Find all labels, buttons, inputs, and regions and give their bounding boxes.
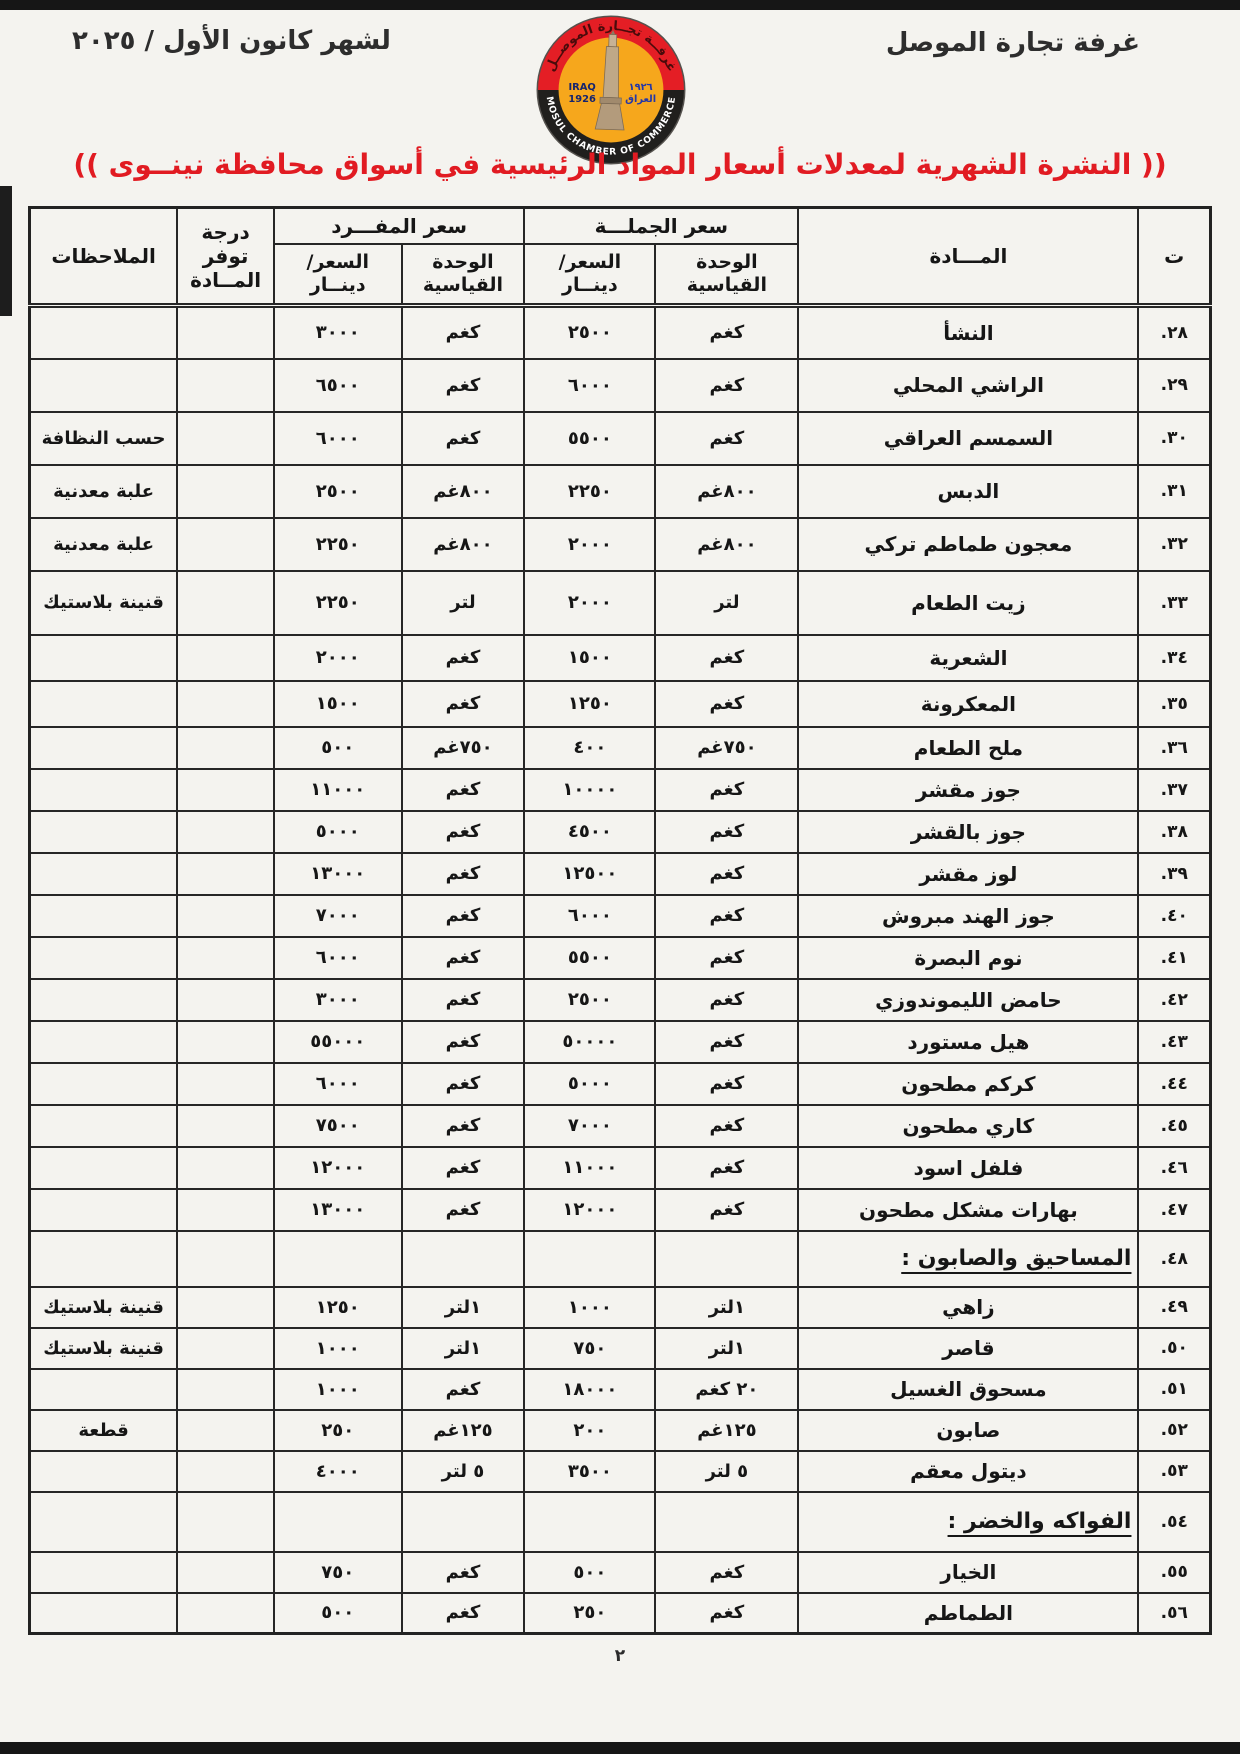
retail-unit-cell: كغم xyxy=(402,359,525,412)
availability-cell xyxy=(177,359,274,412)
wholesale-unit-cell: ١٢٥غم xyxy=(655,1410,798,1451)
availability-cell xyxy=(177,1147,274,1189)
availability-cell xyxy=(177,306,274,359)
retail-unit-cell xyxy=(402,1231,525,1287)
wholesale-unit-cell: كغم xyxy=(655,979,798,1021)
table-row: ٣١. الدبس ٨٠٠غم ٢٢٥٠ ٨٠٠غم ٢٥٠٠ علبة معد… xyxy=(30,465,1211,518)
table-row: ٣٠. السمسم العراقي كغم ٥٥٠٠ كغم ٦٠٠٠ حسب… xyxy=(30,412,1211,465)
retail-price-cell: ٧٥٠ xyxy=(274,1552,402,1593)
retail-price-cell: ٢٢٥٠ xyxy=(274,518,402,571)
col-header-serial: ت xyxy=(1138,208,1210,306)
table-row: ٥٦. الطماطم كغم ٢٥٠ كغم ٥٠٠ xyxy=(30,1593,1211,1634)
serial-cell: ٥٥. xyxy=(1138,1552,1210,1593)
table-row: ٢٩. الراشي المحلي كغم ٦٠٠٠ كغم ٦٥٠٠ xyxy=(30,359,1211,412)
table-row: ٣٨. جوز بالقشر كغم ٤٥٠٠ كغم ٥٠٠٠ xyxy=(30,811,1211,853)
notes-cell xyxy=(30,1021,178,1063)
material-cell: كاري مطحون xyxy=(798,1105,1138,1147)
retail-price-cell: ١١٠٠٠ xyxy=(274,769,402,811)
notes-cell: علبة معدنية xyxy=(30,518,178,571)
retail-unit-cell xyxy=(402,1492,525,1552)
wholesale-unit-cell: ٥ لتر xyxy=(655,1451,798,1492)
col-header-retail-unit: الوحدة القياسية xyxy=(402,244,525,306)
wholesale-unit-cell: كغم xyxy=(655,853,798,895)
retail-price-cell: ٣٠٠٠ xyxy=(274,306,402,359)
availability-cell xyxy=(177,1552,274,1593)
notes-cell xyxy=(30,1189,178,1231)
wholesale-unit-cell: ٨٠٠غم xyxy=(655,518,798,571)
material-cell: زيت الطعام xyxy=(798,571,1138,635)
wholesale-price-header-line1: السعر/ xyxy=(559,251,621,273)
table-row: ٤٩. زاهي ١لتر ١٠٠٠ ١لتر ١٢٥٠ قنينة بلاست… xyxy=(30,1287,1211,1328)
logo-iraq-arabic-label: العراق xyxy=(625,94,656,105)
material-cell: هيل مستورد xyxy=(798,1021,1138,1063)
retail-unit-cell: كغم xyxy=(402,1552,525,1593)
serial-cell: ٥٢. xyxy=(1138,1410,1210,1451)
serial-cell: ٣٣. xyxy=(1138,571,1210,635)
table-row: ٤٨. المساحيق والصابون : xyxy=(30,1231,1211,1287)
availability-cell xyxy=(177,412,274,465)
serial-cell: ٤٩. xyxy=(1138,1287,1210,1328)
wholesale-unit-cell: كغم xyxy=(655,895,798,937)
bulletin-title: (( النشرة الشهرية لمعدلات أسعار المواد ا… xyxy=(0,148,1240,181)
table-row: ٤٢. حامض الليموندوزي كغم ٢٥٠٠ كغم ٣٠٠٠ xyxy=(30,979,1211,1021)
table-row: ٥١. مسحوق الغسيل ٢٠ كغم ١٨٠٠٠ كغم ١٠٠٠ xyxy=(30,1369,1211,1410)
wholesale-unit-cell: كغم xyxy=(655,412,798,465)
wholesale-price-cell: ٧٥٠ xyxy=(524,1328,655,1369)
availability-cell xyxy=(177,1231,274,1287)
wholesale-unit-cell: كغم xyxy=(655,1063,798,1105)
table-row: ٣٧. جوز مقشر كغم ١٠٠٠٠ كغم ١١٠٠٠ xyxy=(30,769,1211,811)
col-header-wholesale-price: السعر/ دينــار xyxy=(524,244,655,306)
notes-cell xyxy=(30,727,178,769)
serial-cell: ٣١. xyxy=(1138,465,1210,518)
wholesale-price-cell: ١٢٠٠٠ xyxy=(524,1189,655,1231)
wholesale-unit-cell: لتر xyxy=(655,571,798,635)
wholesale-price-cell: ٧٠٠٠ xyxy=(524,1105,655,1147)
wholesale-price-cell: ٣٥٠٠ xyxy=(524,1451,655,1492)
wholesale-price-cell: ٢٥٠٠ xyxy=(524,306,655,359)
wholesale-price-cell: ١٥٠٠ xyxy=(524,635,655,681)
table-row: ٣٢. معجون طماطم تركي ٨٠٠غم ٢٠٠٠ ٨٠٠غم ٢٢… xyxy=(30,518,1211,571)
material-cell: مسحوق الغسيل xyxy=(798,1369,1138,1410)
availability-cell xyxy=(177,1328,274,1369)
table-row: ٥٢. صابون ١٢٥غم ٢٠٠ ١٢٥غم ٢٥٠ قطعة xyxy=(30,1410,1211,1451)
material-cell: ديتول معقم xyxy=(798,1451,1138,1492)
wholesale-price-cell: ٥٠٠٠ xyxy=(524,1063,655,1105)
serial-cell: ٤٥. xyxy=(1138,1105,1210,1147)
material-cell: السمسم العراقي xyxy=(798,412,1138,465)
retail-price-cell xyxy=(274,1231,402,1287)
retail-price-cell: ٥٠٠ xyxy=(274,727,402,769)
notes-cell xyxy=(30,1552,178,1593)
retail-unit-header-line1: الوحدة xyxy=(432,251,493,273)
retail-price-cell: ٧٠٠٠ xyxy=(274,895,402,937)
wholesale-unit-cell: كغم xyxy=(655,635,798,681)
retail-unit-cell: كغم xyxy=(402,895,525,937)
material-cell: المعكرونة xyxy=(798,681,1138,727)
wholesale-price-cell: ٦٠٠٠ xyxy=(524,359,655,412)
serial-cell: ٢٩. xyxy=(1138,359,1210,412)
table-row: ٤٥. كاري مطحون كغم ٧٠٠٠ كغم ٧٥٠٠ xyxy=(30,1105,1211,1147)
notes-cell xyxy=(30,681,178,727)
wholesale-unit-cell: كغم xyxy=(655,1021,798,1063)
serial-cell: ٥٣. xyxy=(1138,1451,1210,1492)
serial-cell: ٣٧. xyxy=(1138,769,1210,811)
price-table-header: ت المـــادة سعر الجملـــة سعر المفـــرد … xyxy=(30,208,1211,306)
notes-cell xyxy=(30,895,178,937)
table-row: ٥٠. قاصر ١لتر ٧٥٠ ١لتر ١٠٠٠ قنينة بلاستي… xyxy=(30,1328,1211,1369)
availability-cell xyxy=(177,1593,274,1634)
retail-price-cell: ٦٥٠٠ xyxy=(274,359,402,412)
availability-cell xyxy=(177,1021,274,1063)
wholesale-unit-cell xyxy=(655,1492,798,1552)
retail-price-cell: ١٢٠٠٠ xyxy=(274,1147,402,1189)
serial-cell: ٤٧. xyxy=(1138,1189,1210,1231)
wholesale-unit-cell: كغم xyxy=(655,811,798,853)
serial-cell: ٤٠. xyxy=(1138,895,1210,937)
retail-unit-cell: كغم xyxy=(402,937,525,979)
scan-artifact-left-mark xyxy=(0,186,12,316)
notes-cell xyxy=(30,853,178,895)
notes-cell xyxy=(30,1451,178,1492)
retail-unit-cell: لتر xyxy=(402,571,525,635)
material-cell: الشعرية xyxy=(798,635,1138,681)
retail-price-cell: ١٠٠٠ xyxy=(274,1369,402,1410)
serial-cell: ٣٤. xyxy=(1138,635,1210,681)
notes-cell xyxy=(30,1369,178,1410)
wholesale-price-cell: ٢٥٠ xyxy=(524,1593,655,1634)
availability-header-line3: المــادة xyxy=(190,268,261,292)
retail-unit-cell: كغم xyxy=(402,681,525,727)
wholesale-unit-cell: كغم xyxy=(655,937,798,979)
availability-cell xyxy=(177,979,274,1021)
retail-price-cell: ١٥٠٠ xyxy=(274,681,402,727)
serial-cell: ٥١. xyxy=(1138,1369,1210,1410)
notes-cell: قنينة بلاستيك xyxy=(30,1328,178,1369)
retail-unit-cell: ٥ لتر xyxy=(402,1451,525,1492)
availability-cell xyxy=(177,571,274,635)
availability-cell xyxy=(177,895,274,937)
retail-unit-cell: كغم xyxy=(402,1063,525,1105)
retail-price-cell: ١٢٥٠ xyxy=(274,1287,402,1328)
table-row: ٣٤. الشعرية كغم ١٥٠٠ كغم ٢٠٠٠ xyxy=(30,635,1211,681)
logo-1926-label: 1926 xyxy=(568,94,596,105)
wholesale-unit-cell: ٨٠٠غم xyxy=(655,465,798,518)
table-row: ٥٤. الفواكه والخضر : xyxy=(30,1492,1211,1552)
wholesale-unit-cell: كغم xyxy=(655,306,798,359)
availability-cell xyxy=(177,1063,274,1105)
chamber-logo: غرفــة تجــارة الموصــل MOSUL CHAMBER OF… xyxy=(534,14,688,166)
notes-cell xyxy=(30,769,178,811)
col-header-retail-price: السعر/ دينــار xyxy=(274,244,402,306)
retail-unit-cell: ١لتر xyxy=(402,1287,525,1328)
serial-cell: ٣٨. xyxy=(1138,811,1210,853)
retail-price-cell: ٢٥٠٠ xyxy=(274,465,402,518)
material-cell: الراشي المحلي xyxy=(798,359,1138,412)
notes-cell: علبة معدنية xyxy=(30,465,178,518)
material-cell: حامض الليموندوزي xyxy=(798,979,1138,1021)
notes-cell: قنينة بلاستيك xyxy=(30,571,178,635)
availability-cell xyxy=(177,1451,274,1492)
retail-unit-cell: كغم xyxy=(402,1147,525,1189)
price-table-body: ٢٨. النشأ كغم ٢٥٠٠ كغم ٣٠٠٠ ٢٩. الراشي ا… xyxy=(30,306,1211,1634)
availability-cell xyxy=(177,635,274,681)
availability-cell xyxy=(177,937,274,979)
serial-cell: ٤٦. xyxy=(1138,1147,1210,1189)
notes-cell xyxy=(30,635,178,681)
material-cell: النشأ xyxy=(798,306,1138,359)
wholesale-price-cell: ١٠٠٠ xyxy=(524,1287,655,1328)
material-cell: المساحيق والصابون : xyxy=(798,1231,1138,1287)
wholesale-price-cell xyxy=(524,1492,655,1552)
material-cell: فلفل اسود xyxy=(798,1147,1138,1189)
material-cell: لوز مقشر xyxy=(798,853,1138,895)
retail-unit-cell: كغم xyxy=(402,811,525,853)
wholesale-price-cell: ٢٠٠٠ xyxy=(524,571,655,635)
retail-price-cell: ٢٠٠٠ xyxy=(274,635,402,681)
notes-cell: قطعة xyxy=(30,1410,178,1451)
col-header-notes: الملاحظات xyxy=(30,208,178,306)
organization-name: غرفة تجارة الموصل xyxy=(886,28,1140,58)
material-cell: قاصر xyxy=(798,1328,1138,1369)
wholesale-unit-cell: كغم xyxy=(655,1105,798,1147)
retail-price-cell: ٢٥٠ xyxy=(274,1410,402,1451)
table-row: ٥٣. ديتول معقم ٥ لتر ٣٥٠٠ ٥ لتر ٤٠٠٠ xyxy=(30,1451,1211,1492)
wholesale-price-header-line2: دينــار xyxy=(562,274,618,296)
retail-unit-cell: ١٢٥غم xyxy=(402,1410,525,1451)
retail-unit-cell: كغم xyxy=(402,1189,525,1231)
retail-price-cell: ١٣٠٠٠ xyxy=(274,853,402,895)
availability-cell xyxy=(177,1189,274,1231)
table-row: ٥٥. الخيار كغم ٥٠٠ كغم ٧٥٠ xyxy=(30,1552,1211,1593)
material-cell: الدبس xyxy=(798,465,1138,518)
wholesale-unit-cell: ١لتر xyxy=(655,1328,798,1369)
retail-unit-cell: كغم xyxy=(402,1021,525,1063)
retail-price-cell: ٦٠٠٠ xyxy=(274,937,402,979)
retail-price-header-line2: دينــار xyxy=(310,274,366,296)
material-cell: نوم البصرة xyxy=(798,937,1138,979)
availability-cell xyxy=(177,727,274,769)
availability-cell xyxy=(177,769,274,811)
retail-unit-cell: كغم xyxy=(402,412,525,465)
availability-cell xyxy=(177,1492,274,1552)
retail-price-cell: ٧٥٠٠ xyxy=(274,1105,402,1147)
wholesale-price-cell: ٢٠٠ xyxy=(524,1410,655,1451)
wholesale-price-cell: ٥٠٠٠٠ xyxy=(524,1021,655,1063)
notes-cell xyxy=(30,1147,178,1189)
retail-price-cell: ١٠٠٠ xyxy=(274,1328,402,1369)
table-row: ٤٦. فلفل اسود كغم ١١٠٠٠ كغم ١٢٠٠٠ xyxy=(30,1147,1211,1189)
table-row: ٢٨. النشأ كغم ٢٥٠٠ كغم ٣٠٠٠ xyxy=(30,306,1211,359)
wholesale-unit-cell: كغم xyxy=(655,681,798,727)
material-cell: معجون طماطم تركي xyxy=(798,518,1138,571)
availability-cell xyxy=(177,1410,274,1451)
wholesale-price-cell xyxy=(524,1231,655,1287)
bulletin-month-label: لشهر كانون الأول / ٢٠٢٥ xyxy=(72,26,391,56)
serial-cell: ٤٢. xyxy=(1138,979,1210,1021)
material-cell: بهارات مشكل مطحون xyxy=(798,1189,1138,1231)
table-row: ٣٣. زيت الطعام لتر ٢٠٠٠ لتر ٢٢٥٠ قنينة ب… xyxy=(30,571,1211,635)
col-header-wholesale-group: سعر الجملـــة xyxy=(524,208,798,245)
retail-price-cell: ٦٠٠٠ xyxy=(274,412,402,465)
retail-unit-cell: كغم xyxy=(402,853,525,895)
wholesale-unit-cell: ٢٠ كغم xyxy=(655,1369,798,1410)
wholesale-price-cell: ٢٠٠٠ xyxy=(524,518,655,571)
wholesale-unit-cell: كغم xyxy=(655,769,798,811)
material-cell: جوز الهند مبروش xyxy=(798,895,1138,937)
serial-cell: ٥٠. xyxy=(1138,1328,1210,1369)
notes-cell xyxy=(30,811,178,853)
col-header-material: المـــادة xyxy=(798,208,1138,306)
wholesale-price-cell: ٥٥٠٠ xyxy=(524,412,655,465)
retail-unit-cell: ٧٥٠غم xyxy=(402,727,525,769)
serial-cell: ٣٩. xyxy=(1138,853,1210,895)
serial-cell: ٢٨. xyxy=(1138,306,1210,359)
wholesale-unit-cell: كغم xyxy=(655,359,798,412)
wholesale-price-cell: ٢٢٥٠ xyxy=(524,465,655,518)
table-row: ٣٦. ملح الطعام ٧٥٠غم ٤٠٠ ٧٥٠غم ٥٠٠ xyxy=(30,727,1211,769)
notes-cell xyxy=(30,1492,178,1552)
wholesale-unit-cell xyxy=(655,1231,798,1287)
serial-cell: ٤١. xyxy=(1138,937,1210,979)
wholesale-price-cell: ١٨٠٠٠ xyxy=(524,1369,655,1410)
table-row: ٤١. نوم البصرة كغم ٥٥٠٠ كغم ٦٠٠٠ xyxy=(30,937,1211,979)
page-number: ٢ xyxy=(0,1646,1240,1666)
col-header-retail-group: سعر المفـــرد xyxy=(274,208,524,245)
chamber-logo-badge: غرفــة تجــارة الموصــل MOSUL CHAMBER OF… xyxy=(534,14,688,166)
retail-price-cell: ٦٠٠٠ xyxy=(274,1063,402,1105)
availability-cell xyxy=(177,853,274,895)
retail-unit-cell: كغم xyxy=(402,1105,525,1147)
retail-unit-cell: ٨٠٠غم xyxy=(402,465,525,518)
notes-cell xyxy=(30,979,178,1021)
notes-cell xyxy=(30,1063,178,1105)
scan-artifact-top-bar xyxy=(0,0,1240,10)
wholesale-price-cell: ٤٠٠ xyxy=(524,727,655,769)
serial-cell: ٣٦. xyxy=(1138,727,1210,769)
serial-cell: ٥٤. xyxy=(1138,1492,1210,1552)
availability-cell xyxy=(177,811,274,853)
material-cell: جوز مقشر xyxy=(798,769,1138,811)
wholesale-price-cell: ٦٠٠٠ xyxy=(524,895,655,937)
logo-iraq-label: IRAQ xyxy=(568,82,595,93)
wholesale-price-cell: ١١٠٠٠ xyxy=(524,1147,655,1189)
wholesale-price-cell: ٢٥٠٠ xyxy=(524,979,655,1021)
serial-cell: ٤٣. xyxy=(1138,1021,1210,1063)
scan-artifact-bottom-bar xyxy=(0,1742,1240,1754)
table-row: ٣٩. لوز مقشر كغم ١٢٥٠٠ كغم ١٣٠٠٠ xyxy=(30,853,1211,895)
serial-cell: ٤٨. xyxy=(1138,1231,1210,1287)
retail-price-cell: ٢٢٥٠ xyxy=(274,571,402,635)
material-cell: جوز بالقشر xyxy=(798,811,1138,853)
availability-header-line2: توفر xyxy=(203,244,249,268)
table-row: ٤٧. بهارات مشكل مطحون كغم ١٢٠٠٠ كغم ١٣٠٠… xyxy=(30,1189,1211,1231)
retail-price-header-line1: السعر/ xyxy=(307,251,369,273)
retail-price-cell: ٣٠٠٠ xyxy=(274,979,402,1021)
retail-price-cell: ٥٥٠٠٠ xyxy=(274,1021,402,1063)
retail-unit-cell: كغم xyxy=(402,1369,525,1410)
col-header-wholesale-unit: الوحدة القياسية xyxy=(655,244,798,306)
availability-cell xyxy=(177,1105,274,1147)
serial-cell: ٥٦. xyxy=(1138,1593,1210,1634)
retail-price-cell: ١٣٠٠٠ xyxy=(274,1189,402,1231)
wholesale-price-cell: ١٢٥٠٠ xyxy=(524,853,655,895)
retail-price-cell: ٤٠٠٠ xyxy=(274,1451,402,1492)
retail-unit-cell: كغم xyxy=(402,306,525,359)
availability-cell xyxy=(177,1287,274,1328)
table-row: ٤٤. كركم مطحون كغم ٥٠٠٠ كغم ٦٠٠٠ xyxy=(30,1063,1211,1105)
retail-unit-cell: كغم xyxy=(402,1593,525,1634)
notes-cell xyxy=(30,1231,178,1287)
col-header-availability: درجة توفر المــادة xyxy=(177,208,274,306)
retail-unit-cell: ١لتر xyxy=(402,1328,525,1369)
serial-cell: ٣٢. xyxy=(1138,518,1210,571)
wholesale-unit-cell: ٧٥٠غم xyxy=(655,727,798,769)
serial-cell: ٣٠. xyxy=(1138,412,1210,465)
serial-cell: ٣٥. xyxy=(1138,681,1210,727)
notes-cell xyxy=(30,937,178,979)
notes-cell xyxy=(30,1593,178,1634)
notes-cell: حسب النظافة xyxy=(30,412,178,465)
notes-cell: قنينة بلاستيك xyxy=(30,1287,178,1328)
availability-cell xyxy=(177,681,274,727)
material-cell: الفواكه والخضر : xyxy=(798,1492,1138,1552)
retail-unit-cell: كغم xyxy=(402,635,525,681)
retail-unit-cell: كغم xyxy=(402,979,525,1021)
availability-header-line1: درجة xyxy=(201,220,249,244)
table-row: ٣٥. المعكرونة كغم ١٢٥٠ كغم ١٥٠٠ xyxy=(30,681,1211,727)
serial-cell: ٤٤. xyxy=(1138,1063,1210,1105)
retail-price-cell: ٥٠٠٠ xyxy=(274,811,402,853)
material-cell: ملح الطعام xyxy=(798,727,1138,769)
retail-price-cell xyxy=(274,1492,402,1552)
notes-cell xyxy=(30,359,178,412)
retail-unit-cell: ٨٠٠غم xyxy=(402,518,525,571)
table-row: ٤٠. جوز الهند مبروش كغم ٦٠٠٠ كغم ٧٠٠٠ xyxy=(30,895,1211,937)
wholesale-price-cell: ١٢٥٠ xyxy=(524,681,655,727)
notes-cell xyxy=(30,306,178,359)
wholesale-unit-cell: كغم xyxy=(655,1147,798,1189)
retail-unit-header-line2: القياسية xyxy=(423,274,503,296)
material-cell: الخيار xyxy=(798,1552,1138,1593)
wholesale-price-cell: ٤٥٠٠ xyxy=(524,811,655,853)
wholesale-unit-cell: كغم xyxy=(655,1189,798,1231)
material-cell: زاهي xyxy=(798,1287,1138,1328)
availability-cell xyxy=(177,518,274,571)
availability-cell xyxy=(177,465,274,518)
wholesale-price-cell: ٥٥٠٠ xyxy=(524,937,655,979)
material-cell: صابون xyxy=(798,1410,1138,1451)
retail-unit-cell: كغم xyxy=(402,769,525,811)
price-table: ت المـــادة سعر الجملـــة سعر المفـــرد … xyxy=(28,206,1212,1635)
material-cell: الطماطم xyxy=(798,1593,1138,1634)
wholesale-unit-cell: كغم xyxy=(655,1593,798,1634)
wholesale-price-cell: ٥٠٠ xyxy=(524,1552,655,1593)
notes-cell xyxy=(30,1105,178,1147)
table-row: ٤٣. هيل مستورد كغم ٥٠٠٠٠ كغم ٥٥٠٠٠ xyxy=(30,1021,1211,1063)
retail-price-cell: ٥٠٠ xyxy=(274,1593,402,1634)
logo-year-arabic-label: ١٩٢٦ xyxy=(629,82,653,93)
wholesale-price-cell: ١٠٠٠٠ xyxy=(524,769,655,811)
availability-cell xyxy=(177,1369,274,1410)
wholesale-unit-cell: ١لتر xyxy=(655,1287,798,1328)
material-cell: كركم مطحون xyxy=(798,1063,1138,1105)
wholesale-unit-cell: كغم xyxy=(655,1552,798,1593)
